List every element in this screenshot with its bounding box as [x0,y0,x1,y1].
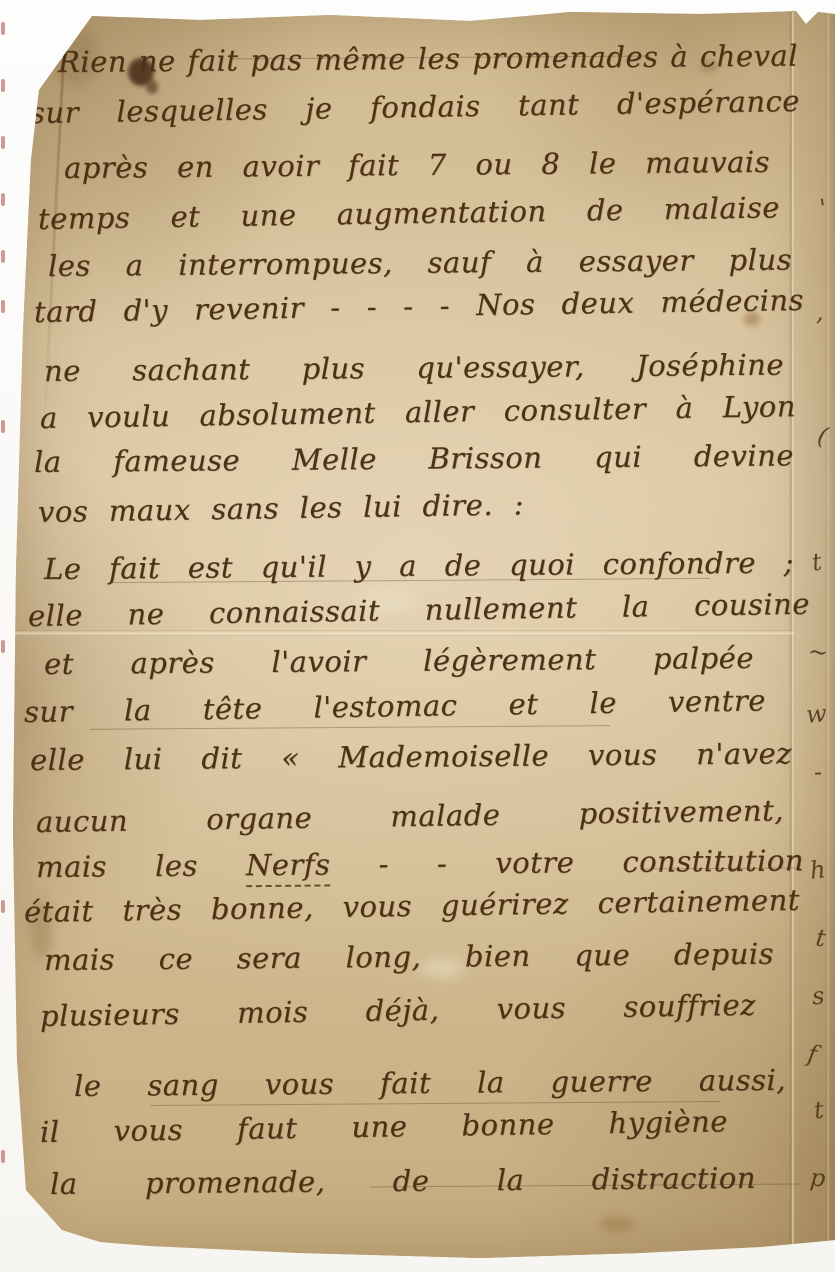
manuscript-line: sur la tête l'estomac et le ventre [24,684,766,729]
ink-fragment: - [814,760,822,784]
binding-mark [1,79,5,92]
manuscript-line: après en avoir fait 7 ou 8 le mauvais [64,146,770,186]
ink-fragment: t [810,549,823,574]
binding-mark [1,640,5,653]
manuscript-line: a voulu absolument aller consulter à Lyo… [40,390,796,435]
binding-mark [1,1150,5,1163]
manuscript-line: le sang vous fait la guerre aussi, [74,1064,786,1104]
manuscript-line: il vous faut une bonne hygiène [40,1105,728,1149]
binding-mark [1,420,5,433]
vertical-fold-crease [789,12,795,1260]
manuscript-line: la fameuse Melle Brisson qui devine [34,439,794,479]
manuscript-line: aucun organe malade positivement, [36,794,784,839]
manuscript-line: tard d'y revenir - - - - Nos deux médeci… [34,284,804,329]
manuscript-line: et après l'avoir légèrement palpée [44,642,754,682]
manuscript-line: ne sachant plus qu'essayer, Joséphine [44,349,784,389]
binding-mark [1,900,5,913]
paper-stain [600,1216,634,1232]
ink-fragment: t [813,1098,825,1123]
manuscript-line: Rien ne fait pas même les promenades à c… [58,40,798,80]
binding-mark [1,250,5,263]
manuscript-line: plusieurs mois déjà, vous souffriez [40,989,756,1034]
manuscript-line: temps et une augmentation de malaise [38,191,780,236]
manuscript-line: la promenade, de la distraction [50,1162,756,1202]
manuscript-line: était très bonne, vous guérirez certaine… [24,884,800,930]
ink-fragment: , [816,300,824,324]
ink-fragment: t [814,925,827,950]
ink-fragment: ' [818,196,829,221]
manuscript-line: mais ce sera long, bien que depuis [44,938,774,978]
manuscript-line: elle ne connaissait nullement la cousine [28,588,810,634]
paper-stain [146,80,158,94]
ink-fragment: f [806,1041,819,1066]
scanned-letter-page: Rien ne fait pas même les promenades à c… [0,0,835,1272]
underlined-word: Nerfs [246,847,331,887]
binding-mark [1,300,5,313]
manuscript-line: Le fait est qu'il y a de quoi confondre … [44,546,794,586]
manuscript-line: vos maux sans les lui dire. : [38,488,524,529]
vertical-fold-crease-faint [826,12,829,1260]
ink-fragment: ( [815,423,830,449]
ink-fragment: w [805,701,827,726]
ink-fragment: h [809,857,827,882]
letter-paper: Rien ne fait pas même les promenades à c… [0,0,835,1272]
binding-mark [1,193,5,206]
manuscript-line: sur lesquelles je fondais tant d'espéran… [30,85,800,130]
manuscript-line: les a interrompues, sauf à essayer plus [48,244,792,284]
ink-fragment: s [811,984,825,1009]
ink-fragment: p [809,1165,826,1190]
binding-mark [1,22,5,35]
ink-fragment: ~ [807,639,830,665]
manuscript-line: mais les Nerfs - - votre constitution [36,844,804,884]
manuscript-line: elle lui dit « Mademoiselle vous n'avez [30,737,792,777]
binding-mark [1,136,5,149]
